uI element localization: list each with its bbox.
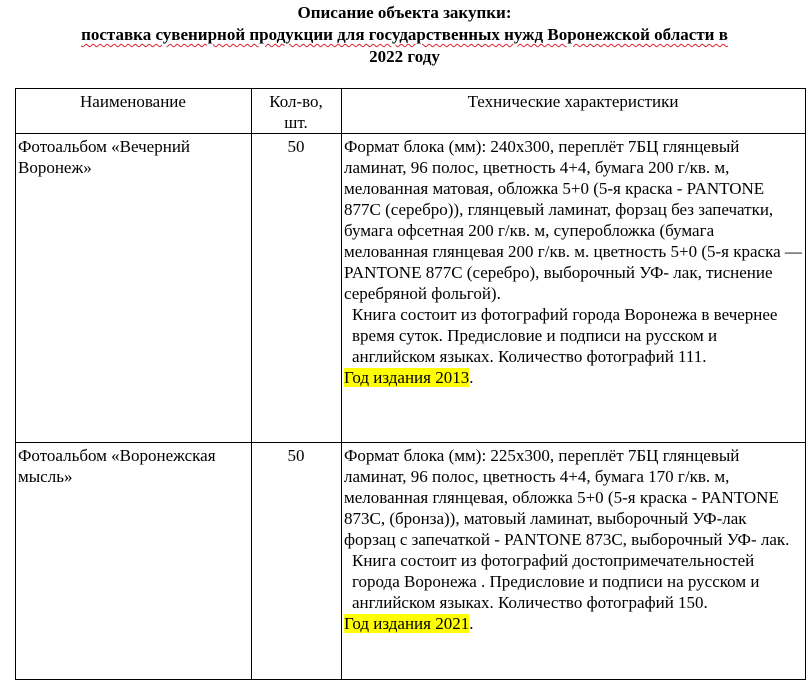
title-line-1: Описание объекта закупки: <box>0 2 809 24</box>
table-row: Фотоальбом «Воронежская мысль» 50 Формат… <box>16 443 806 680</box>
year-highlight: Год издания 2021 <box>344 614 469 633</box>
year-suffix: . <box>469 368 473 387</box>
title-line-3: 2022 году <box>0 46 809 68</box>
procurement-table: Наименование Кол-во, шт. Технические хар… <box>15 88 806 680</box>
header-name: Наименование <box>16 89 252 134</box>
cell-qty: 50 <box>252 134 342 443</box>
cell-qty: 50 <box>252 443 342 680</box>
cell-specs: Формат блока (мм): 225х300, переплёт 7БЦ… <box>342 443 806 680</box>
table-header-row: Наименование Кол-во, шт. Технические хар… <box>16 89 806 134</box>
header-qty-line1: Кол-во, <box>254 91 338 112</box>
year-highlight: Год издания 2013 <box>344 368 469 387</box>
cell-specs: Формат блока (мм): 240х300, переплёт 7БЦ… <box>342 134 806 443</box>
header-specs: Технические характеристики <box>342 89 806 134</box>
year-line: Год издания 2021. <box>344 613 802 634</box>
year-line: Год издания 2013. <box>344 367 802 388</box>
table-row: Фотоальбом «Вечерний Воронеж» 50 Формат … <box>16 134 806 443</box>
description-text: Книга состоит из фотографий города Ворон… <box>344 304 802 367</box>
description-text: Книга состоит из фотографий достопримеча… <box>344 550 802 613</box>
header-qty: Кол-во, шт. <box>252 89 342 134</box>
header-qty-line2: шт. <box>254 112 338 133</box>
cell-name: Фотоальбом «Воронежская мысль» <box>16 443 252 680</box>
specs-text: Формат блока (мм): 225х300, переплёт 7БЦ… <box>344 445 802 550</box>
year-suffix: . <box>469 614 473 633</box>
document-title: Описание объекта закупки: поставка сувен… <box>0 2 809 68</box>
title-line-2: поставка сувенирной продукции для госуда… <box>0 24 809 46</box>
cell-name: Фотоальбом «Вечерний Воронеж» <box>16 134 252 443</box>
specs-text: Формат блока (мм): 240х300, переплёт 7БЦ… <box>344 136 802 304</box>
